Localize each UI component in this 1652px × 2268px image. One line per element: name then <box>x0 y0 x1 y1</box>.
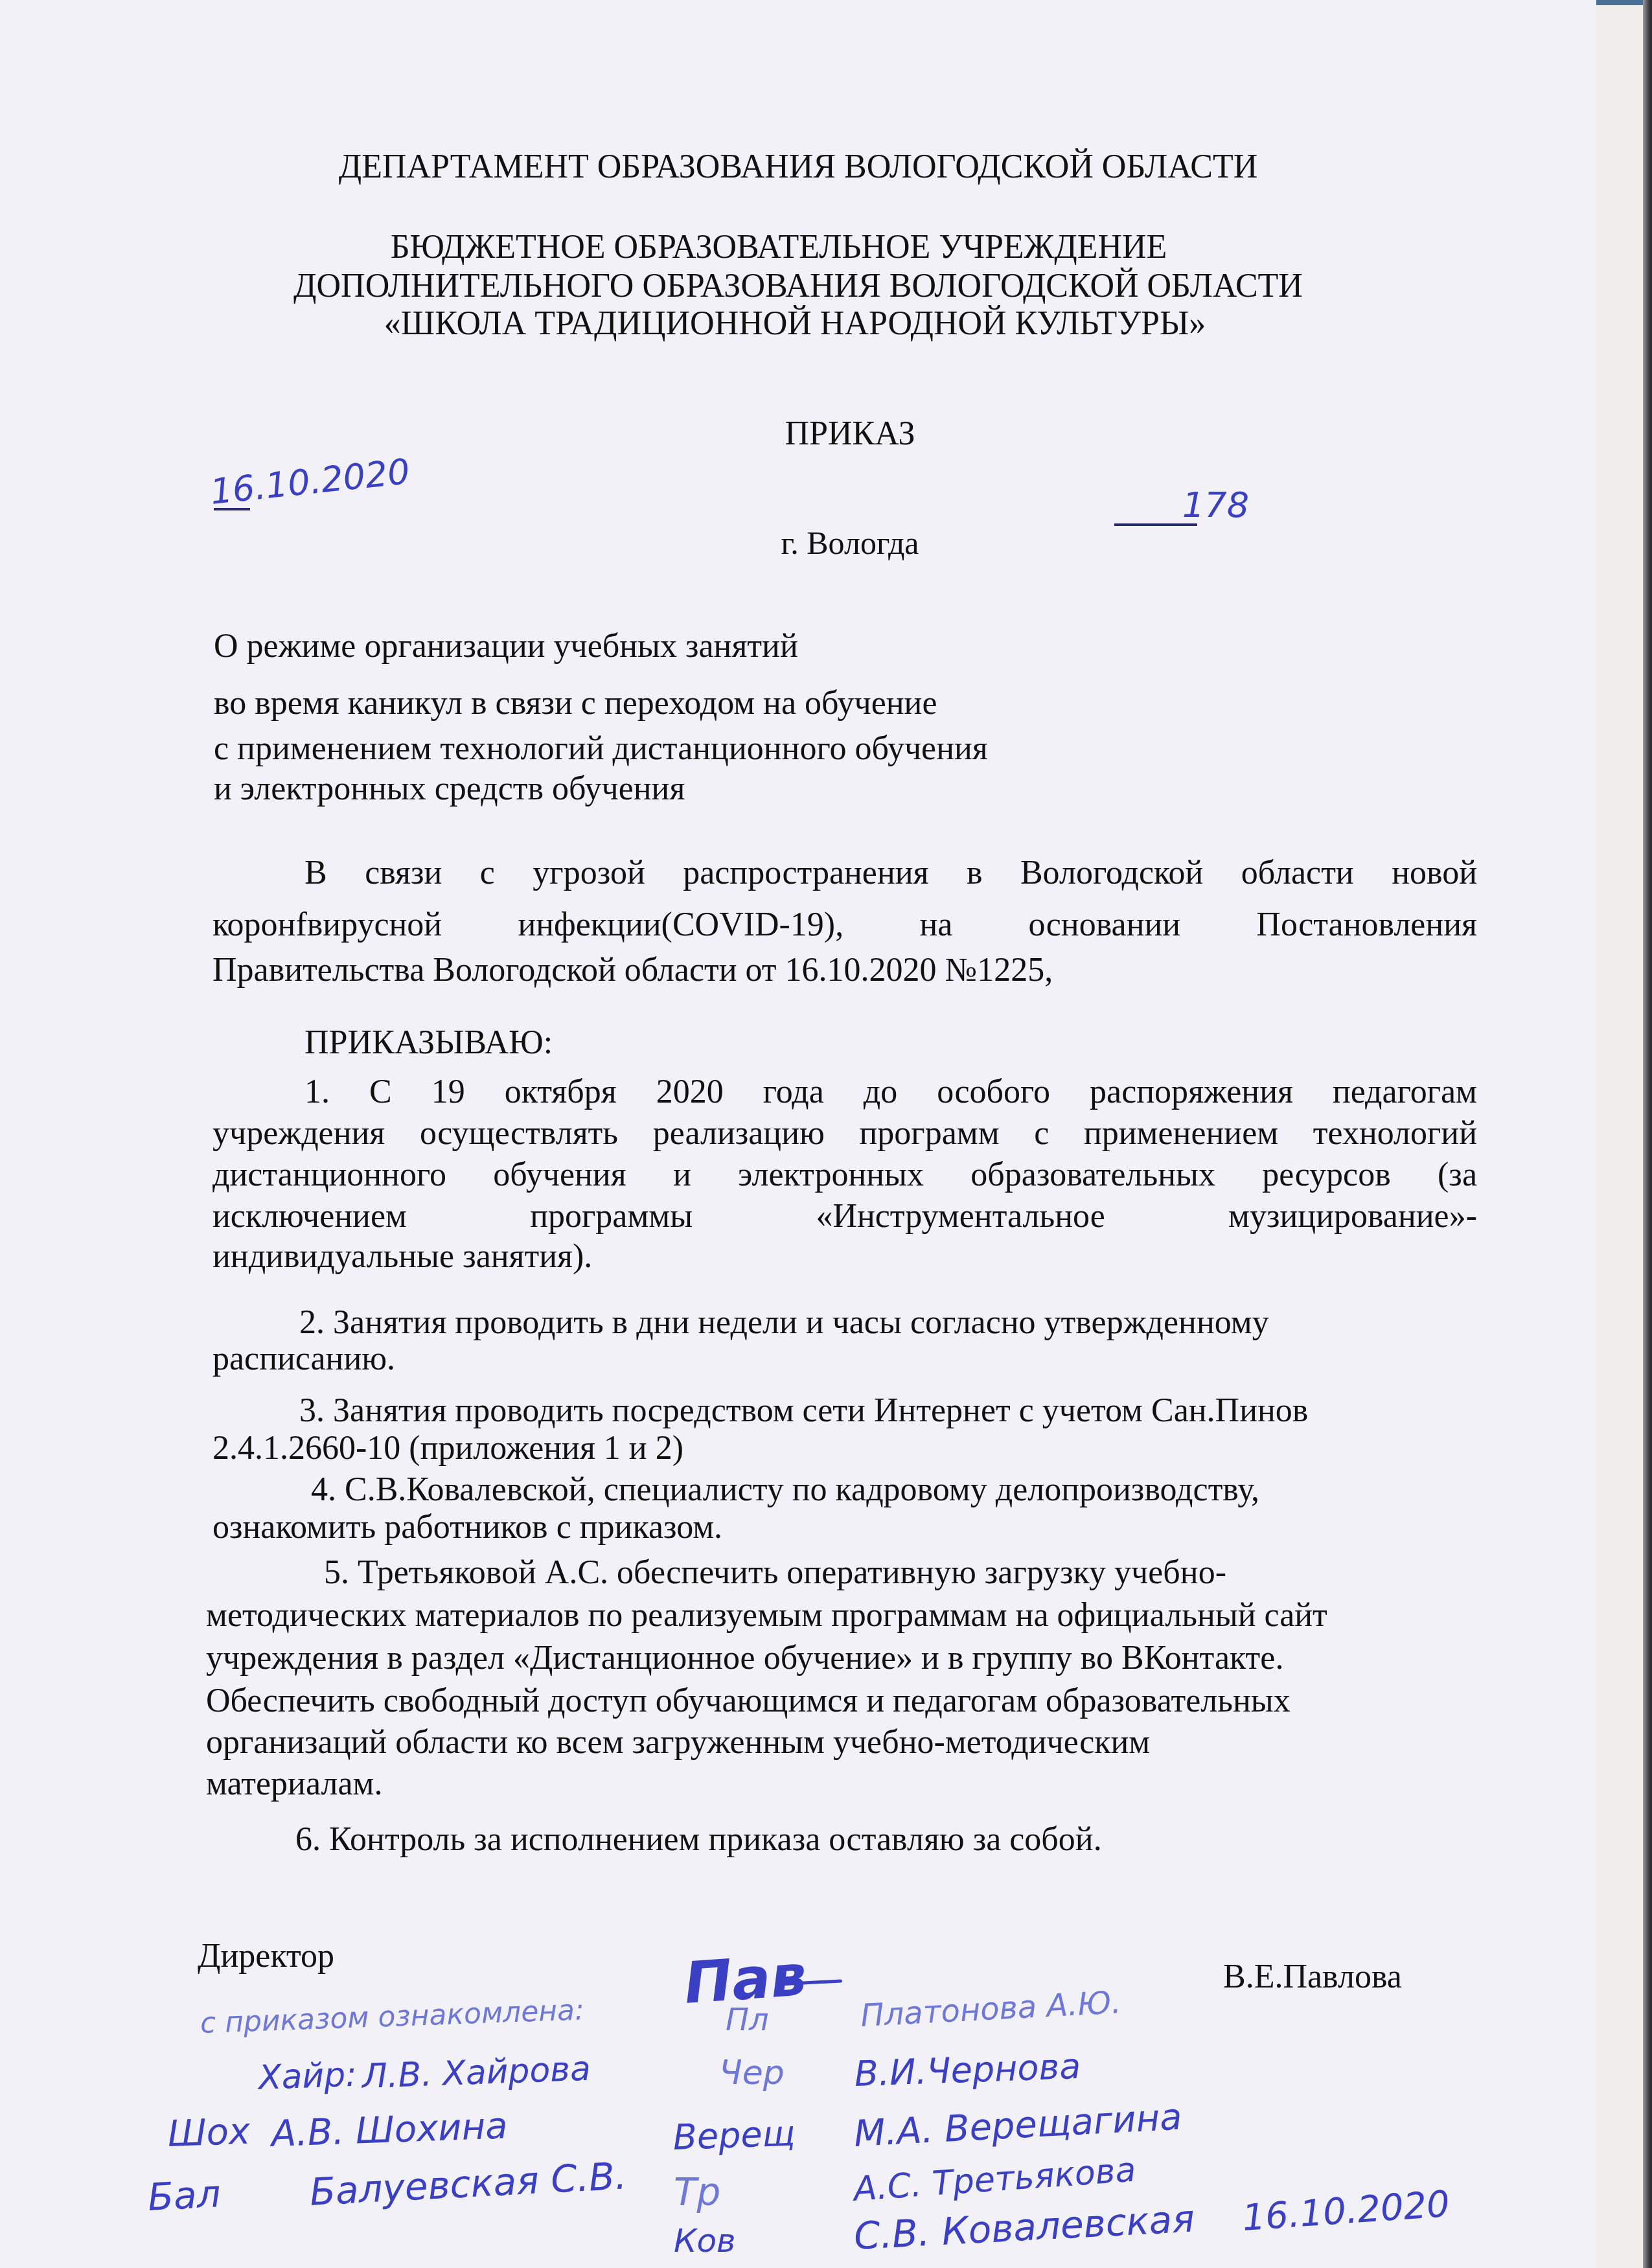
item-2-line-1: 2. Занятия проводить в дни недели и часы… <box>299 1303 1269 1342</box>
ack-name-3a: А.В. Шохина <box>271 2105 509 2155</box>
order-title: ПРИКАЗ <box>52 415 1648 453</box>
signatory-name: В.Е.Павлова <box>1223 1958 1402 1997</box>
ack-name-1: Платонова А.Ю. <box>860 1984 1122 2034</box>
ack-initials-1: Пл <box>726 2002 769 2038</box>
ack-initials-3b: Верещ <box>672 2113 796 2158</box>
subject-line-4: и электронных средств обучения <box>214 770 685 808</box>
ack-name-4a: Балуевская С.В. <box>308 2153 627 2214</box>
ack-name-2a: Л.В. Хайрова <box>361 2050 591 2096</box>
institution-line-2: ДОПОЛНИТЕЛЬНОГО ОБРАЗОВАНИЯ ВОЛОГОДСКОЙ … <box>0 267 1596 306</box>
subject-line-1: О режиме организации учебных занятий <box>214 627 798 666</box>
item-5-line-4: Обеспечить свободный доступ обучающимся … <box>206 1682 1291 1721</box>
ack-intro: с приказом ознакомлена: <box>200 1993 584 2040</box>
item-5-line-2: методических материалов по реализуемым п… <box>206 1596 1327 1635</box>
item-1-line-4: исключением программы «Инструментальное … <box>212 1197 1477 1236</box>
subject-line-2: во время каникул в связи с переходом на … <box>214 684 937 723</box>
institution-line-1: БЮДЖЕТНОЕ ОБРАЗОВАТЕЛЬНОЕ УЧРЕЖДЕНИЕ <box>0 228 1577 267</box>
date-underline <box>214 508 250 510</box>
ack-initials-2a: Хайр: <box>258 2056 358 2098</box>
ack-initials-5: Ков <box>674 2222 736 2260</box>
ack-initials-3a: Шох <box>167 2111 251 2155</box>
item-4-line-1: 4. С.В.Ковалевской, специалисту по кадро… <box>311 1471 1259 1509</box>
item-3-line-1: 3. Занятия проводить посредством сети Ин… <box>299 1392 1308 1430</box>
item-5-line-6: материалам. <box>206 1765 382 1804</box>
scanner-edge <box>1596 0 1652 2268</box>
item-1-line-3: дистанционного обучения и электронных об… <box>212 1156 1477 1195</box>
item-5-line-3: учреждения в раздел «Дистанционное обуче… <box>206 1639 1283 1678</box>
signatory-position: Директор <box>198 1937 334 1976</box>
subject-line-3: с применением технологий дистанционного … <box>214 729 988 768</box>
ack-date: 16.10.2020 <box>1241 2183 1451 2239</box>
item-4-line-2: ознакомить работников с приказом. <box>212 1508 722 1547</box>
ack-initials-4a: Бал <box>146 2171 222 2219</box>
item-1-line-1: 1. С 19 октября 2020 года до особого рас… <box>304 1073 1477 1112</box>
ack-name-4b: А.С. Третьякова <box>853 2151 1137 2209</box>
ack-initials-2b: Чер <box>719 2054 785 2092</box>
item-1-line-5: индивидуальные занятия). <box>212 1237 1477 1276</box>
preamble-line-2: коронfвирусной инфекции(COVID-19), на ос… <box>212 906 1477 945</box>
item-5-line-1: 5. Третьяковой А.С. обеспечить оперативн… <box>324 1553 1226 1592</box>
document-page: ДЕПАРТАМЕНТ ОБРАЗОВАНИЯ ВОЛОГОДСКОЙ ОБЛА… <box>0 0 1596 2268</box>
preamble-line-1: В связи с угрозой распространения в Воло… <box>304 854 1477 893</box>
item-3-line-2: 2.4.1.2660-10 (приложения 1 и 2) <box>212 1429 683 1468</box>
ack-name-5: С.В. Ковалевская <box>853 2197 1195 2258</box>
ack-name-2b: В.И.Чернова <box>854 2046 1082 2094</box>
item-2-line-2: расписанию. <box>212 1340 395 1379</box>
item-1-line-2: учреждения осуществлять реализацию прогр… <box>212 1114 1477 1153</box>
institution-line-3: «ШКОЛА ТРАДИЦИОННОЙ НАРОДНОЙ КУЛЬТУРЫ» <box>0 304 1593 343</box>
order-city: г. Вологда <box>52 523 1648 562</box>
directive-heading: ПРИКАЗЫВАЮ: <box>304 1024 553 1062</box>
order-number-handwritten: 178 <box>1182 485 1249 525</box>
department-heading: ДЕПАРТАМЕНТ ОБРАЗОВАНИЯ ВОЛОГОДСКОЙ ОБЛА… <box>0 148 1596 187</box>
item-6-line-1: 6. Контроль за исполнением приказа остав… <box>295 1820 1102 1859</box>
ack-initials-4b: Тр <box>674 2170 720 2214</box>
order-date-handwritten: 16.10.2020 <box>208 451 411 512</box>
item-5-line-5: организаций области ко всем загруженным … <box>206 1723 1150 1762</box>
ack-name-3b: М.А. Верещагина <box>853 2096 1183 2155</box>
preamble-line-3: Правительства Вологодской области от 16.… <box>212 951 1477 990</box>
scanner-edge-shadow <box>1643 0 1652 2268</box>
